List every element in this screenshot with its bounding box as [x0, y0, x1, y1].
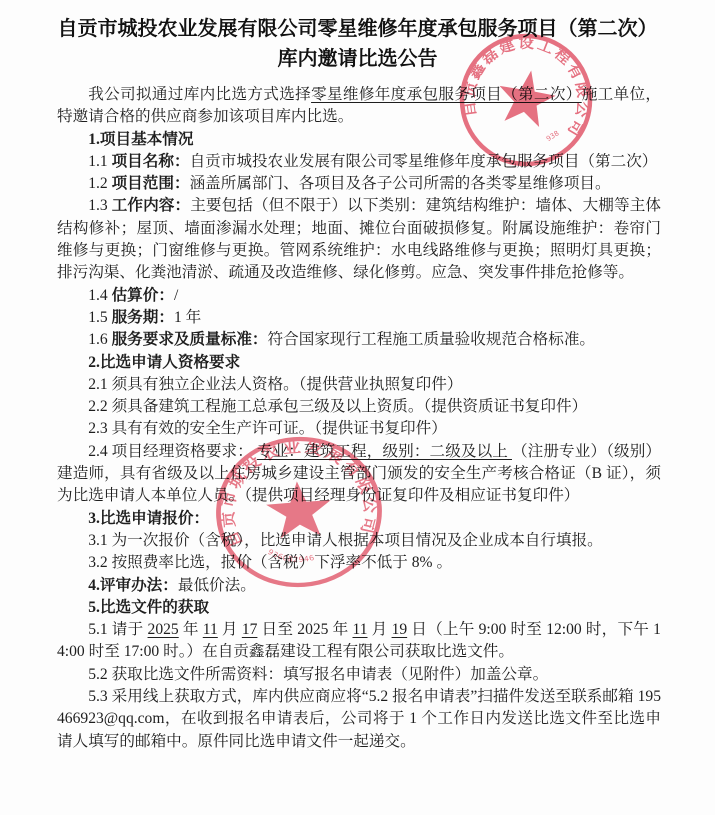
document-title: 自贡市城投农业发展有限公司零星维修年度承包服务项目（第二次） 库内邀请比选公告: [20, 14, 695, 74]
text-segment: 1.2: [88, 175, 111, 192]
text-segment: 最低价法。: [178, 577, 256, 594]
paragraph: 5.比选文件的获取: [57, 597, 661, 619]
text-segment: 4.评审办法：: [88, 577, 178, 594]
paragraph: 2.1 须具有独立企业法人资格。（提供营业执照复印件）: [57, 374, 661, 396]
text-segment: 5.1 请于: [88, 621, 147, 638]
paragraph: 1.4 估算价：/: [57, 285, 661, 307]
document-body: 我公司拟通过库内比选方式选择零星维修年度承包服务项目（第二次）施工单位，特邀请合…: [57, 84, 661, 753]
paragraph: 3.比选申请报价：: [57, 508, 661, 530]
text-segment: 3.2 按照费率比选，报价（含税）下浮率不低于 8% 。: [88, 554, 452, 571]
text-segment: 2.2 须具备建筑工程施工总承包三级及以上资质。（提供资质证书复印件）: [88, 398, 587, 415]
text-segment: 1.1: [88, 153, 111, 170]
paragraph: 1.1 项目名称：自贡市城投农业发展有限公司零星维修年度承包服务项目（第二次）: [57, 151, 661, 173]
text-segment: 专业：建筑工程，级别：二级及以上: [257, 443, 512, 460]
paragraph: 1.5 服务期：1 年: [57, 307, 661, 329]
text-segment: 服务期：: [112, 309, 174, 326]
paragraph: 2.比选申请人资格要求: [57, 352, 661, 374]
paragraph: 1.3 工作内容：主要包括（但不限于）以下类别：建筑结构维护：墙体、大棚等主体结…: [57, 195, 661, 284]
text-segment: 涵盖所属部门、各项目及各子公司所需的各类零星维修项目。: [190, 175, 611, 192]
text-segment: 我公司拟通过库内比选方式选择: [88, 86, 311, 103]
text-segment: 11: [203, 621, 218, 638]
paragraph: 3.2 按照费率比选，报价（含税）下浮率不低于 8% 。: [57, 552, 661, 574]
text-segment: 2.4 项目经理资格要求：: [88, 443, 257, 460]
text-segment: 2.1 须具有独立企业法人资格。（提供营业执照复印件）: [88, 376, 462, 393]
text-segment: 零星维修年度承包服务项目（第二次）: [311, 86, 582, 103]
text-segment: 3.1 为一次报价（含税），比选申请人根据本项目情况及企业成本自行填报。: [88, 532, 603, 549]
text-segment: 符合国家现行工程施工质量验收规范合格标准。: [268, 331, 595, 348]
paragraph: 5.1 请于 2025 年 11 月 17 日至 2025 年 11 月 19 …: [57, 619, 661, 664]
paragraph: 1.6 服务要求及质量标准：符合国家现行工程施工质量验收规范合格标准。: [57, 329, 661, 351]
text-segment: 1 年: [174, 309, 201, 326]
text-segment: 项目名称：: [112, 153, 190, 170]
text-segment: 5.3 采用线上获取方式，库内供应商应将“5.2 报名申请表”扫描件发送至联系邮…: [57, 688, 661, 750]
text-segment: 自贡市城投农业发展有限公司零星维修年度承包服务项目（第二次）: [190, 153, 658, 170]
text-segment: 2.3 具有有效的安全生产许可证。（提供证书复印件）: [88, 420, 447, 437]
text-segment: 3.比选申请报价：: [88, 510, 209, 527]
text-segment: /: [174, 287, 178, 304]
text-segment: 2.比选申请人资格要求: [88, 354, 240, 371]
paragraph: 我公司拟通过库内比选方式选择零星维修年度承包服务项目（第二次）施工单位，特邀请合…: [57, 84, 661, 129]
paragraph: 2.4 项目经理资格要求： 专业：建筑工程，级别：二级及以上 （注册专业）（级别…: [57, 441, 661, 508]
text-segment: 年: [179, 621, 203, 638]
text-segment: 1.项目基本情况: [88, 131, 193, 148]
text-segment: 2025: [148, 621, 179, 638]
document-page: 自贡市城投农业发展有限公司零星维修年度承包服务项目（第二次） 库内邀请比选公告 …: [0, 0, 715, 815]
text-segment: 估算价：: [112, 287, 174, 304]
text-segment: 1.3: [88, 197, 112, 214]
document-title-line2: 库内邀请比选公告: [20, 44, 695, 74]
paragraph: 1.2 项目范围：涵盖所属部门、各项目及各子公司所需的各类零星维修项目。: [57, 173, 661, 195]
text-segment: 1.6: [88, 331, 111, 348]
text-segment: 日至 2025 年: [257, 621, 352, 638]
text-segment: 1.4: [88, 287, 111, 304]
paragraph: 5.2 获取比选文件所需资料：填写报名申请表（见附件）加盖公章。: [57, 664, 661, 686]
text-segment: 5.2 获取比选文件所需资料：填写报名申请表（见附件）加盖公章。: [88, 666, 548, 683]
text-segment: 1.5: [88, 309, 111, 326]
paragraph: 1.项目基本情况: [57, 129, 661, 151]
paragraph: 2.3 具有有效的安全生产许可证。（提供证书复印件）: [57, 418, 661, 440]
text-segment: 17: [242, 621, 258, 638]
text-segment: 工作内容：: [112, 197, 191, 214]
paragraph: 2.2 须具备建筑工程施工总承包三级及以上资质。（提供资质证书复印件）: [57, 396, 661, 418]
text-segment: 项目范围：: [112, 175, 190, 192]
text-segment: 月: [218, 621, 242, 638]
text-segment: 月: [368, 621, 392, 638]
text-segment: 5.比选文件的获取: [88, 599, 209, 616]
paragraph: 5.3 采用线上获取方式，库内供应商应将“5.2 报名申请表”扫描件发送至联系邮…: [57, 686, 661, 753]
text-segment: 19: [392, 621, 408, 638]
paragraph: 3.1 为一次报价（含税），比选申请人根据本项目情况及企业成本自行填报。: [57, 530, 661, 552]
paragraph: 4.评审办法：最低价法。: [57, 575, 661, 597]
text-segment: 服务要求及质量标准：: [112, 331, 268, 348]
text-segment: 11: [353, 621, 368, 638]
document-title-line1: 自贡市城投农业发展有限公司零星维修年度承包服务项目（第二次）: [20, 14, 695, 44]
